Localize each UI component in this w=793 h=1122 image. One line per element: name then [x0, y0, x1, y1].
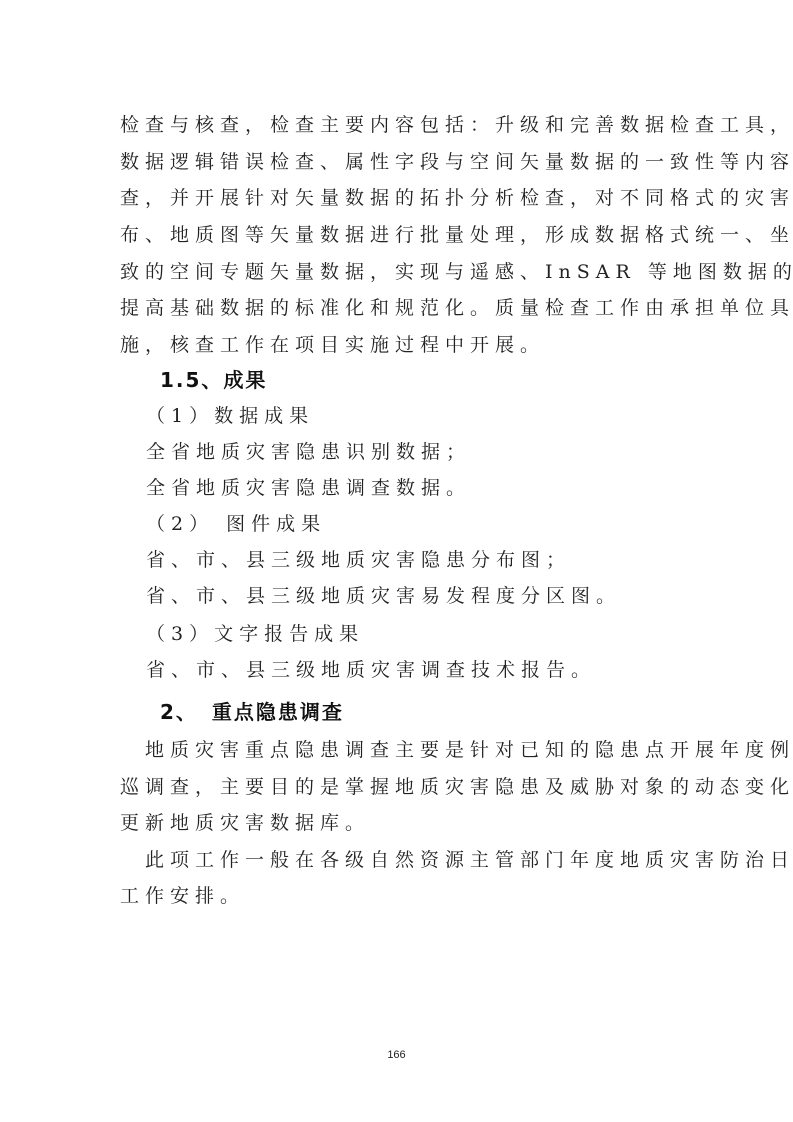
- paragraph-line: 工作安排。: [120, 881, 676, 911]
- list-item: 省、市、县三级地质灾害隐患分布图；: [146, 545, 702, 575]
- list-item: 省、市、县三级地质灾害易发程度分区图。: [146, 581, 702, 611]
- paragraph-line: 此项工作一般在各级自然资源主管部门年度地质灾害防治日常: [120, 845, 676, 875]
- paragraph-line: 检查与核查，检查主要内容包括：升级和完善数据检查工具，对属性: [120, 110, 676, 140]
- document-page: 检查与核查，检查主要内容包括：升级和完善数据检查工具，对属性 数据逻辑错误检查、…: [0, 0, 793, 1122]
- subsection-label: （3）文字报告成果: [146, 619, 702, 649]
- section-heading-1-5: 1.5、成果: [160, 364, 267, 396]
- subsection-label: （1）数据成果: [146, 401, 702, 431]
- subsection-label: （2） 图件成果: [146, 509, 702, 539]
- section-number: 2、: [160, 700, 198, 724]
- page-number: 166: [0, 1049, 793, 1061]
- section-title: 重点隐患调查: [212, 700, 344, 724]
- paragraph-line: 查，并开展针对矢量数据的拓扑分析检查，对不同格式的灾害空间分: [120, 183, 676, 213]
- paragraph-line: 布、地质图等矢量数据进行批量处理，形成数据格式统一、坐标系一: [120, 220, 676, 250]
- section-heading-2: 2、重点隐患调查: [160, 696, 344, 728]
- paragraph-line: 地质灾害重点隐患调查主要是针对已知的隐患点开展年度例行: [120, 735, 676, 765]
- paragraph-line: 更新地质灾害数据库。: [120, 808, 676, 838]
- paragraph-line: 致的空间专题矢量数据，实现与遥感、InSAR 等地图数据的精确配置，: [120, 257, 676, 287]
- paragraph-line: 提高基础数据的标准化和规范化。质量检查工作由承担单位具体实: [120, 293, 676, 323]
- list-item: 全省地质灾害隐患调查数据。: [146, 473, 702, 503]
- paragraph-line: 施，核查工作在项目实施过程中开展。: [120, 330, 676, 360]
- section-number: 1.5、: [160, 368, 223, 392]
- paragraph-line: 巡调查，主要目的是掌握地质灾害隐患及威胁对象的动态变化情况，: [120, 772, 676, 802]
- section-title: 成果: [223, 368, 267, 392]
- list-item: 省、市、县三级地质灾害调查技术报告。: [146, 655, 702, 685]
- paragraph-line: 数据逻辑错误检查、属性字段与空间矢量数据的一致性等内容进行检: [120, 147, 676, 177]
- list-item: 全省地质灾害隐患识别数据；: [146, 437, 702, 467]
